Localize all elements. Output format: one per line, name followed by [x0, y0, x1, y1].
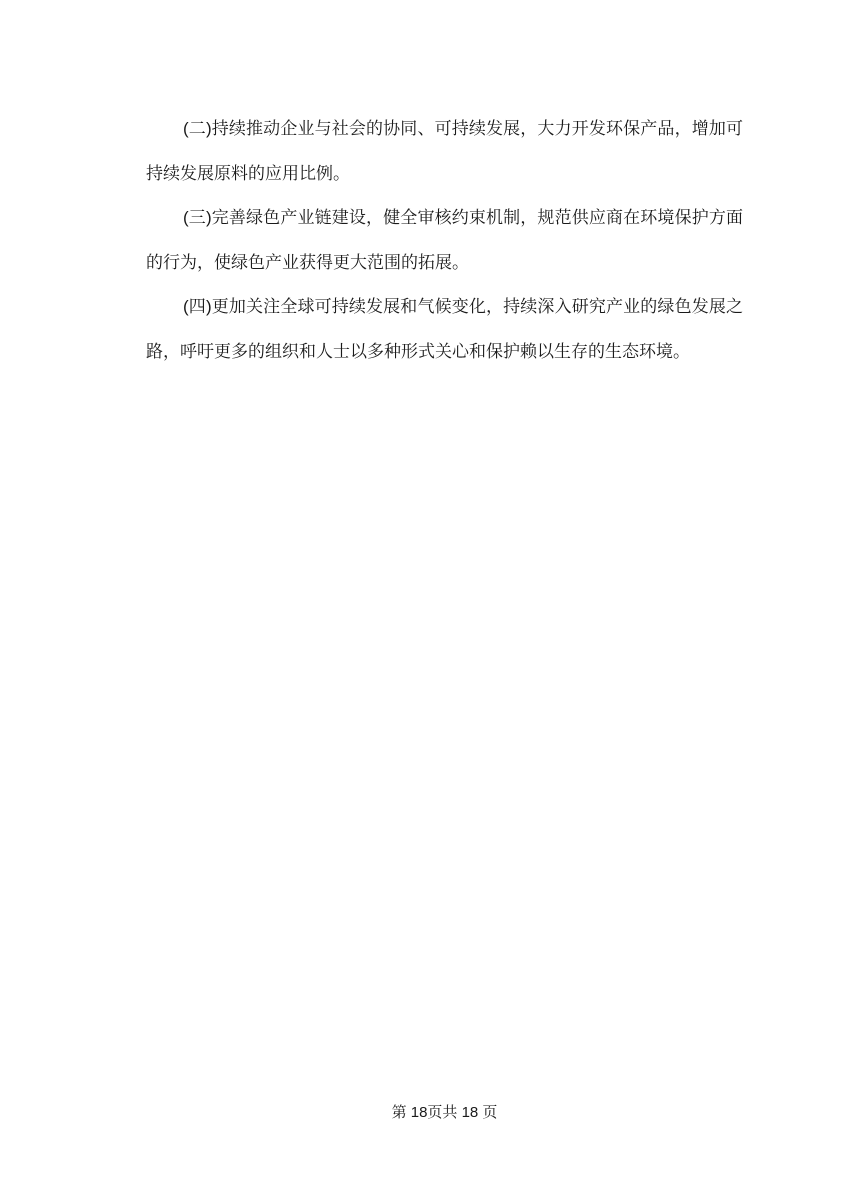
- paragraph-3: (四)更加关注全球可持续发展和气候变化，持续深入研究产业的绿色发展之路，呼吁更多…: [146, 285, 743, 374]
- document-page: (二)持续推动企业与社会的协同、可持续发展，大力开发环保产品，增加可持续发展原料…: [0, 0, 850, 1202]
- paragraph-1: (二)持续推动企业与社会的协同、可持续发展，大力开发环保产品，增加可持续发展原料…: [146, 107, 743, 196]
- page-footer: 第 18页共 18 页: [146, 1102, 743, 1124]
- paragraph-2: (三)完善绿色产业链建设，健全审核约束机制，规范供应商在环境保护方面的行为，使绿…: [146, 196, 743, 285]
- page-number-indicator: 第 18页共 18 页: [392, 1104, 498, 1121]
- document-body: (二)持续推动企业与社会的协同、可持续发展，大力开发环保产品，增加可持续发展原料…: [146, 107, 743, 374]
